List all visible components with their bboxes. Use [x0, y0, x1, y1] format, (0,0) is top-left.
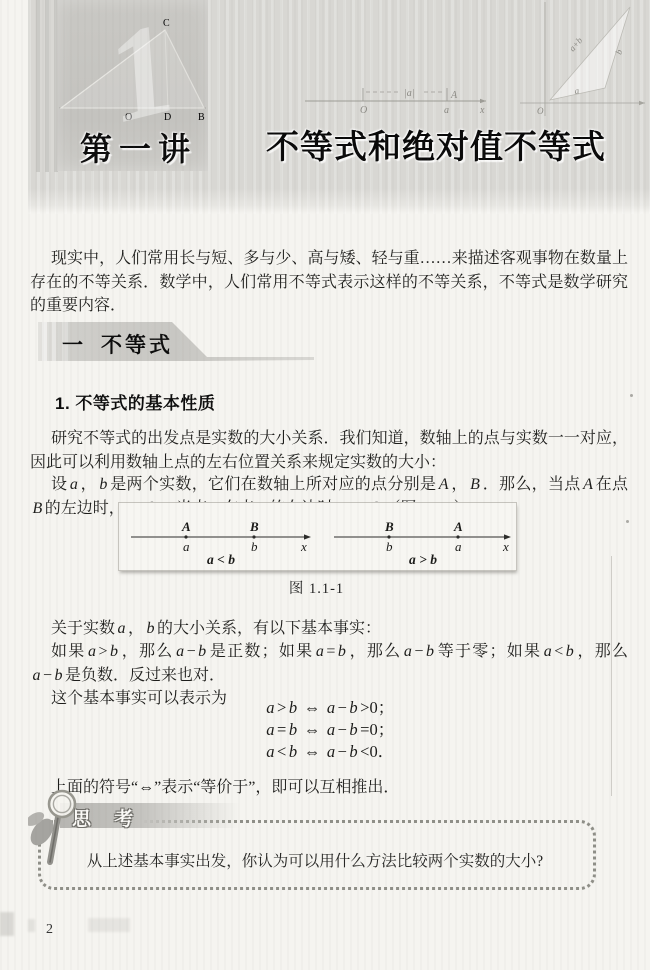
svg-text:a: a [444, 105, 449, 116]
svg-text:O: O [537, 106, 544, 116]
intro-paragraph: 现实中，人们常用长与短、多与少、高与矮、轻与重……来描述客观事物在数量上存在的不… [30, 247, 628, 318]
figure-caption: 图 1.1-1 [118, 577, 515, 598]
paragraph-basic-fact: 如果a>b，那么a−b是正数；如果a=b，那么a−b等于零；如果a<b，那么a−… [30, 640, 628, 687]
svg-text:a: a [455, 539, 462, 554]
svg-text:A: A [181, 519, 191, 534]
section-title: 不等式 [101, 329, 173, 359]
numberline-a-less-b: A B a b x a < b [131, 519, 311, 567]
think-label: 思 考 [72, 804, 142, 831]
section-heading: 一 不等式 [62, 329, 173, 359]
scan-smudge [88, 918, 130, 932]
paragraph-basic-fact-intro: 关于实数a，b的大小关系，有以下基本事实： [30, 617, 628, 641]
paragraph-number-axis: 研究不等式的出发点是实数的大小关系．我们知道，数轴上的点与实数一一对应，因此可以… [30, 427, 628, 474]
formula-greater: a>b ⇔ a−b>0； [30, 694, 628, 718]
decor-absolute-value-numberline-icon: |a| A O a x [300, 72, 495, 117]
svg-text:a > b: a > b [409, 552, 437, 567]
formula-equal: a=b ⇔ a−b=0； [30, 716, 628, 740]
figure-numberlines: A B a b x a < b B A b a x a > b [119, 503, 514, 568]
svg-text:x: x [300, 539, 307, 554]
formula-less: a<b ⇔ a−b<0． [30, 738, 628, 762]
scan-fold-line [611, 556, 612, 796]
page-number: 2 [46, 922, 53, 938]
svg-text:x: x [479, 105, 485, 116]
svg-text:B: B [198, 112, 205, 123]
svg-text:|a|: |a| [404, 88, 415, 99]
svg-text:A: A [450, 90, 458, 101]
scan-speck [626, 520, 629, 523]
figure-1-1-1: A B a b x a < b B A b a x a > b [118, 502, 517, 571]
paragraph-equivalence-note: 上面的符号“⇔”表示“等价于”，即可以互相推出． [30, 776, 628, 800]
svg-text:B: B [384, 519, 394, 534]
think-question: 从上述基本事实出发，你认为可以用什么方法比较两个实数的大小? [60, 849, 570, 871]
svg-text:A: A [453, 519, 463, 534]
scan-smudge [0, 912, 14, 936]
svg-text:O: O [360, 105, 367, 116]
section-number: 一 [62, 329, 86, 359]
svg-text:x: x [502, 539, 509, 554]
svg-text:a+b: a+b [567, 35, 585, 53]
numberline-a-greater-b: B A b a x a > b [334, 519, 511, 567]
scan-smudge [28, 919, 35, 932]
chapter-badge: 第一讲 [80, 124, 280, 170]
section-banner: 一 不等式 [38, 320, 328, 366]
scan-speck [630, 394, 633, 397]
subsection-heading: 1. 不等式的基本性质 [55, 389, 215, 414]
svg-text:b: b [386, 539, 393, 554]
svg-text:B: B [249, 519, 259, 534]
svg-text:b: b [251, 539, 258, 554]
textbook-page: 1 C O D B 第一讲 不等式和绝对值不等式 |a| A O a x [0, 0, 650, 970]
decor-sum-figure-icon: a+b b a O [515, 0, 650, 122]
svg-text:a: a [183, 539, 190, 554]
page-title: 不等式和绝对值不等式 [266, 121, 636, 168]
svg-text:a < b: a < b [207, 552, 235, 567]
svg-text:C: C [163, 18, 170, 29]
